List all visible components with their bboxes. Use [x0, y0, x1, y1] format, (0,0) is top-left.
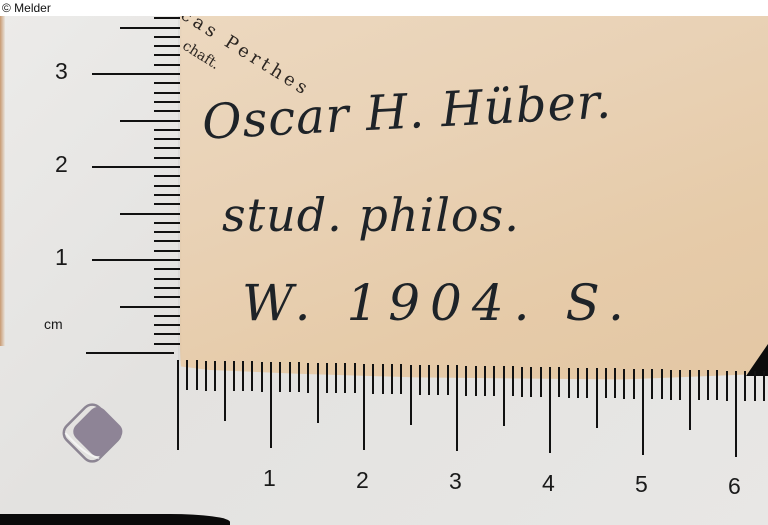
ruler-tick	[568, 368, 570, 398]
ruler-tick	[465, 366, 467, 396]
ruler-tick	[154, 147, 180, 149]
horizontal-ruler-label: 5	[635, 471, 648, 498]
watermark-logo-icon	[58, 400, 132, 466]
ruler-tick	[493, 366, 495, 396]
ruler-tick	[456, 365, 458, 451]
ruler-tick	[447, 365, 449, 395]
ruler-tick	[763, 371, 765, 401]
unit-label: cm	[44, 316, 63, 332]
handwriting-line-1: Oscar H. Hüber.	[201, 73, 613, 150]
ruler-tick	[154, 157, 180, 159]
ruler-tick	[475, 366, 477, 396]
ruler-tick	[633, 369, 635, 399]
ruler-tick	[307, 363, 309, 393]
ruler-tick	[233, 361, 235, 391]
ruler-tick	[354, 363, 356, 393]
ruler-tick	[92, 166, 180, 168]
ruler-tick	[154, 185, 180, 187]
ruler-tick	[372, 364, 374, 394]
ruler-tick	[154, 110, 180, 112]
ruler-tick	[154, 250, 180, 252]
horizontal-ruler-label: 6	[728, 473, 741, 500]
ruler-tick	[437, 365, 439, 395]
ruler-tick	[154, 129, 180, 131]
vertical-ruler-label-3: 3	[55, 58, 68, 85]
credit-label: © Melder	[2, 1, 51, 15]
ruler-tick	[154, 222, 180, 224]
ruler-tick	[154, 17, 180, 19]
ruler-tick	[154, 82, 180, 84]
ruler-tick	[716, 370, 718, 400]
ruler-tick	[363, 364, 365, 450]
photo: 3 2 1 cm cas Perthes chaft. Oscar H. Hüb…	[0, 16, 768, 525]
ruler-tick	[605, 368, 607, 398]
ruler-tick	[154, 333, 180, 335]
ruler-tick	[289, 362, 291, 392]
ruler-tick	[679, 370, 681, 400]
ruler-tick	[614, 368, 616, 398]
ruler-tick	[670, 370, 672, 400]
ruler-tick	[317, 363, 319, 423]
ruler-tick	[154, 287, 180, 289]
ruler-tick	[154, 231, 180, 233]
ruler-tick	[154, 194, 180, 196]
ruler-tick	[419, 365, 421, 395]
ruler-tick	[186, 360, 188, 390]
ruler-tick	[400, 364, 402, 394]
ruler-tick	[744, 371, 746, 401]
ruler-tick	[698, 370, 700, 400]
ruler-tick	[503, 366, 505, 426]
ruler-tick	[242, 361, 244, 391]
ruler-tick	[642, 369, 644, 455]
ruler-tick	[120, 213, 180, 215]
vertical-ruler-label-1: 1	[55, 244, 68, 271]
ruler-tick	[196, 360, 198, 390]
ruler-tick	[410, 365, 412, 425]
ruler-tick	[512, 366, 514, 396]
ruler-tick	[707, 370, 709, 400]
ruler-tick	[86, 352, 174, 354]
bottom-shadow	[0, 512, 768, 525]
horizontal-ruler-label: 1	[263, 465, 276, 492]
ruler-tick	[596, 368, 598, 428]
ruler-edge	[0, 16, 5, 346]
ruler-tick	[154, 54, 180, 56]
ruler-tick	[726, 371, 728, 401]
horizontal-ruler-label: 4	[542, 470, 555, 497]
ruler-tick	[154, 92, 180, 94]
ruler-tick	[382, 364, 384, 394]
ruler-tick	[154, 36, 180, 38]
ruler-tick	[298, 362, 300, 392]
horizontal-ruler-label: 3	[449, 468, 462, 495]
ruler-tick	[154, 343, 180, 345]
ruler-tick	[120, 27, 180, 29]
ruler-tick	[154, 315, 180, 317]
ruler-tick	[344, 363, 346, 393]
paper-shadow	[178, 16, 182, 361]
horizontal-ruler-label: 2	[356, 467, 369, 494]
ruler-tick	[224, 361, 226, 421]
ruler-tick	[279, 362, 281, 392]
handwriting-line-3: W. 1904. S.	[242, 274, 634, 332]
ruler-tick	[661, 369, 663, 399]
ruler-tick	[754, 371, 756, 401]
ruler-tick	[391, 364, 393, 394]
ruler-tick	[521, 367, 523, 397]
ruler-tick	[154, 64, 180, 66]
ruler-tick	[428, 365, 430, 395]
ruler-tick	[735, 371, 737, 457]
ruler-tick	[270, 362, 272, 448]
ruler-tick	[251, 361, 253, 391]
ruler-tick	[214, 361, 216, 391]
ruler-tick	[154, 175, 180, 177]
ruler-tick	[120, 306, 180, 308]
ruler-tick	[326, 363, 328, 393]
ruler-tick	[154, 268, 180, 270]
vertical-ruler-label-2: 2	[55, 151, 68, 178]
ruler-tick	[261, 362, 263, 392]
ruler-tick	[623, 369, 625, 399]
ruler-tick	[154, 278, 180, 280]
ruler-tick	[205, 361, 207, 391]
ruler-tick	[549, 367, 551, 453]
ruler-tick	[154, 138, 180, 140]
ruler-tick	[92, 259, 180, 261]
ruler-tick	[154, 203, 180, 205]
ruler-tick	[530, 367, 532, 397]
ruler-tick	[586, 368, 588, 398]
ruler-tick	[689, 370, 691, 430]
ruler-tick	[540, 367, 542, 397]
paper-sheet: cas Perthes chaft. Oscar H. Hüber. stud.…	[180, 16, 768, 381]
ruler-tick	[154, 101, 180, 103]
ruler-tick	[154, 296, 180, 298]
ruler-tick	[177, 360, 179, 450]
handwriting-line-2: stud. philos.	[222, 188, 520, 242]
ruler-tick	[577, 368, 579, 398]
ruler-tick	[558, 367, 560, 397]
ruler-tick	[335, 363, 337, 393]
ruler-tick	[120, 120, 180, 122]
ruler-tick	[154, 240, 180, 242]
ruler-tick	[154, 324, 180, 326]
ruler-tick	[154, 45, 180, 47]
ruler-tick	[484, 366, 486, 396]
ruler-tick	[651, 369, 653, 399]
ruler-tick	[92, 73, 180, 75]
header-bar: © Melder	[0, 0, 768, 16]
